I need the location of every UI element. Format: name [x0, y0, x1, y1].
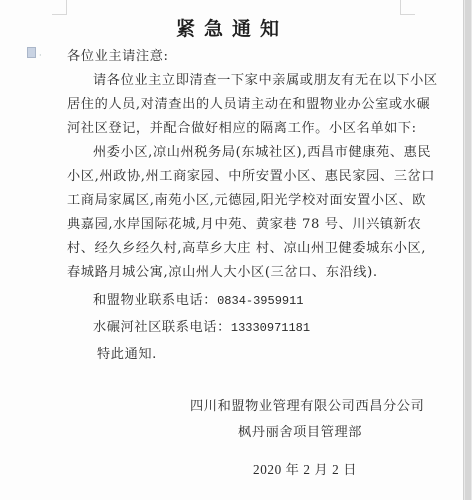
body-line: 请各位业主立即清查一下家中亲属或朋友有无在以下小区	[93, 69, 438, 88]
signature-company: 四川和盟物业管理有限公司西昌分公司	[190, 395, 424, 414]
body-line: 居住的人员,对清查出的人员请主动在和盟物业办公室或水碾	[67, 93, 430, 112]
contact-label: 水碾河社区联系电话：	[93, 320, 231, 335]
body-line: 河社区登记，并配合做好相应的隔离工作。小区名单如下:	[67, 117, 417, 136]
document-icon	[27, 47, 36, 58]
document-title: 紧急通知	[0, 14, 464, 41]
contact-phone: 13330971181	[231, 321, 310, 335]
community-list-line: 典嘉园,水岸国际花城,月中苑、黄家巷 78 号、川兴镇新农	[67, 213, 421, 232]
community-list-line: 小区,州政协,州工商家园、中所安置小区、惠民家园、三岔口	[67, 165, 435, 184]
signature-department: 枫丹丽舍项目管理部	[238, 421, 362, 440]
community-list-line: 工商局家属区,南苑小区,元德园,阳光学校对面安置小区、欧	[67, 189, 426, 208]
greeting: 各位业主请注意:	[67, 45, 169, 64]
contact-hemeng: 和盟物业联系电话：0834-3959911	[93, 289, 304, 308]
vertical-scrollbar[interactable]	[463, 0, 472, 500]
signature-date: 2020 年 2 月 2 日	[253, 459, 357, 478]
document-page: 紧急通知 · 各位业主请注意: 请各位业主立即清查一下家中亲属或朋友有无在以下小…	[0, 0, 464, 500]
contact-shuinianhe: 水碾河社区联系电话：13330971181	[93, 316, 310, 335]
community-list-line: 春城路月城公寓,凉山州人大小区(三岔口、东沿线).	[67, 261, 378, 280]
paragraph-marker[interactable]: ·	[27, 47, 37, 59]
contact-label: 和盟物业联系电话：	[93, 293, 217, 308]
paragraph-dot-icon: ·	[39, 51, 42, 60]
contact-phone: 0834-3959911	[217, 294, 303, 308]
closing: 特此通知.	[97, 343, 157, 362]
page-corner-mark-left	[52, 0, 67, 15]
community-list-line: 村、经久乡经久村,高草乡大庄 村、凉山州卫健委城东小区,	[67, 237, 426, 256]
community-list-line: 州委小区,凉山州税务局(东城社区),西昌市健康苑、惠民	[93, 141, 431, 160]
page-corner-mark-right	[400, 0, 415, 15]
scrollbar-thumb[interactable]	[465, 0, 471, 500]
